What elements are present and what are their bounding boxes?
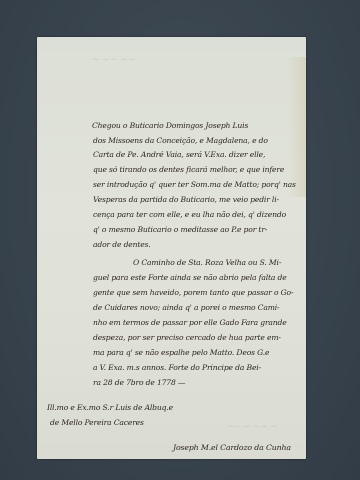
manuscript-page: ~ ~~ ~~ ~~~ ~~ ~ [37, 37, 306, 459]
text-line: gente que sem haveido, porem tanto que p… [93, 288, 293, 297]
bleed-through-text: ~~~ ~~ ~ [227, 422, 278, 432]
text-line: de Cuidares novo; ainda q' a porei o mes… [93, 303, 279, 312]
text-line: Carta de Pe. André Vaia, será V.Exa. diz… [93, 150, 265, 159]
text-line: ador de dentes. [93, 240, 151, 249]
addressee-line: de Mello Pereira Caceres [50, 418, 144, 427]
text-line: ma para q' se não espalhe pelo Matto. De… [93, 348, 269, 357]
text-line: Chegou o Buticario Domingos Joseph Luis [92, 121, 248, 130]
text-line: nho em termos de passar por elle Gado Fa… [93, 318, 287, 327]
text-line: O Caminho de Sta. Roza Velha ou S. Mi- [133, 258, 281, 267]
text-line: dos Missoens da Conceição, e Magdalena, … [93, 136, 268, 145]
text-line: despeza, por ser preciso cercado de hua … [93, 333, 281, 342]
bleed-through-text: ~ ~~ ~~ [92, 55, 135, 65]
date-line: ra 28 de 7bro de 1778 — [93, 378, 185, 387]
text-line: q' o mesmo Buticario o meditasse ao P.e … [93, 225, 267, 234]
text-line: que só tirando os dentes ficará melhor, … [93, 165, 284, 174]
text-line: a V. Exa. m.s annos. Forte do Principe d… [93, 363, 261, 372]
text-line: cença para ter com elle, e eu lha não de… [93, 210, 286, 219]
text-line: Vesperas da partida do Buticario, me vei… [93, 195, 279, 204]
text-line: ser introdução q' quer ter Som.ma de Mat… [93, 180, 296, 189]
addressee-line: Ill.mo e Ex.mo S.r Luis de Albuq.e [47, 403, 173, 412]
text-line: guel para este Forte ainda se não abrio … [93, 273, 287, 282]
signature: Joseph M.el Cardozo da Cunha [173, 443, 291, 452]
